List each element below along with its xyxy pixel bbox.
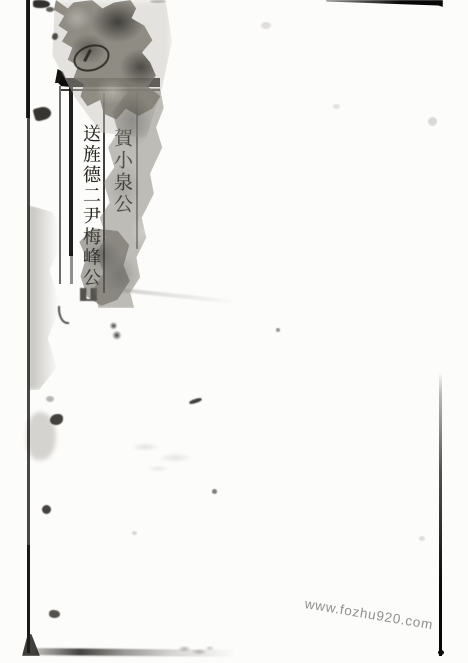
ink-scribble [109, 322, 122, 341]
faint-speck [419, 536, 425, 541]
faint-speck [428, 117, 437, 126]
ink-tick-mark [189, 397, 203, 405]
faint-speck [276, 328, 280, 332]
faint-wisp [124, 438, 209, 474]
ink-hook-mark [58, 306, 69, 324]
ink-speck [42, 505, 51, 514]
frame-left-inner-line-fade [70, 252, 73, 284]
margin-stain-strip [28, 205, 64, 390]
left-spine-line-top [26, 0, 30, 118]
right-border-line [439, 372, 442, 656]
faint-speck [261, 22, 271, 29]
ink-speck [50, 414, 63, 425]
bottom-smudge-scribble [174, 644, 216, 656]
ink-speck [49, 610, 60, 618]
faint-speck [150, 0, 166, 3]
ink-speck [33, 105, 53, 122]
faint-speck [333, 104, 340, 109]
watermark: www.fozhu920.com [304, 596, 435, 632]
faint-speck [132, 531, 137, 535]
top-right-edge-bar [326, 0, 443, 7]
frame-left-outer-line [59, 86, 61, 284]
faint-speck [212, 489, 217, 494]
scanned-page: 送旌德二尹梅峰公 賀小泉公 www.fozhu920. [0, 0, 468, 663]
ink-speck [46, 396, 54, 402]
ink-speck [46, 7, 54, 12]
right-border-line-foot [438, 650, 444, 655]
frame-left-inner-line [69, 86, 73, 256]
